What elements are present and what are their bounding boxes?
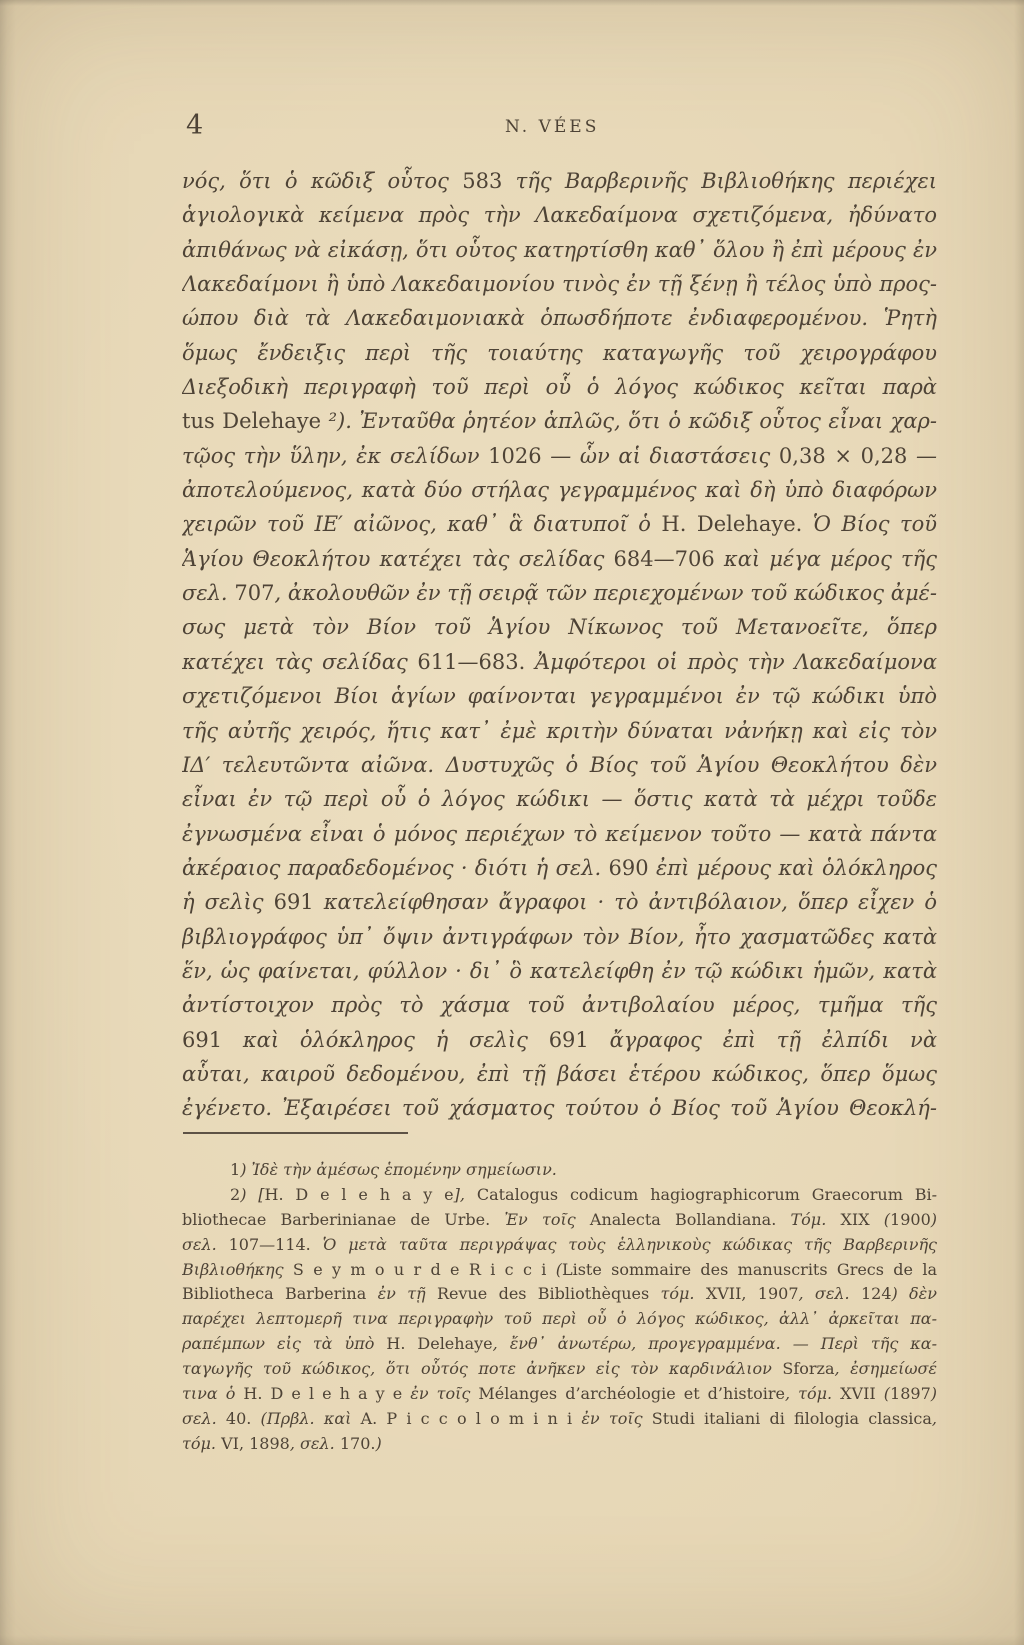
latin-text: 706 — [675, 547, 715, 571]
footnote-rule — [183, 1132, 408, 1134]
text-line: bliothecae Barberinianae de Urbe. Ἐν τοῖ… — [182, 1208, 937, 1233]
text-line: σελ. 40. (Πρβλ. καὶ A. P i c c o l o m i… — [182, 1407, 937, 1432]
latin-text: H. Delehaye — [386, 1334, 492, 1353]
text-line: ταγωγῆς τοῦ κώδικος, ὅτι οὗτός ποτε ἀνῆκ… — [182, 1357, 937, 1382]
latin-text: 1900 — [890, 1210, 931, 1229]
text-line: ώπου διὰ τὰ Λακεδαιμονιακὰ ὁπωσδήποτε ἐν… — [182, 301, 937, 335]
text-line: παρέχει λεπτομερῆ τινα περιγραφὴν τοῦ πε… — [182, 1307, 937, 1332]
latin-text: 684 — [614, 547, 654, 571]
text-line: ἐγένετο. Ἐξαιρέσει τοῦ χάσματος τούτου ὁ… — [182, 1091, 937, 1125]
text-line: 691 καὶ ὁλόκληρος ἡ σελὶς 691 ἄγραφος ἐπ… — [182, 1023, 937, 1057]
page-number: 4 — [186, 110, 203, 141]
latin-text: Mélanges d’archéologie et d’histoire — [478, 1384, 785, 1403]
latin-text: 1 — [230, 1160, 240, 1179]
latin-text: H. Delehaye. — [661, 512, 802, 536]
latin-text: Sforza — [782, 1359, 834, 1378]
text-line: χειρῶν τοῦ ΙΕ′ αἰῶνος, καθ᾽ ἃ διατυποῖ ὁ… — [182, 507, 937, 541]
text-line: ΙΔ′ τελευτῶντα αἰῶνα. Δυστυχῶς ὁ Βίος το… — [182, 748, 937, 782]
text-line: 1) Ἰδὲ τὴν ἀμέσως ἑπομένην σημείωσιν. — [182, 1158, 937, 1183]
latin-text: H. D e l e h a y e — [265, 1185, 454, 1204]
latin-text: 1897 — [890, 1384, 931, 1403]
latin-text: 691 — [182, 1028, 222, 1052]
latin-text: Studi italiani di filologia classica — [652, 1409, 932, 1428]
latin-text: Liste sommaire des manuscrits Grecs de l… — [562, 1260, 937, 1279]
text-line: Λακεδαίμονι ἢ ὑπὸ Λακεδαιμονίου τινὸς ἐν… — [182, 267, 937, 301]
latin-text: Bibliotheca Barberina — [182, 1284, 366, 1303]
latin-text: 0,28 — [861, 444, 908, 468]
latin-text: 611 — [417, 650, 457, 674]
latin-text: 2 — [230, 1185, 240, 1204]
latin-text: S e y m o u r d e R i c c i — [293, 1260, 546, 1279]
text-line: ἀντίστοιχον πρὸς τὸ χάσμα τοῦ ἀντιβολαίο… — [182, 988, 937, 1022]
latin-text: 114. — [275, 1235, 311, 1254]
footnotes: 1) Ἰδὲ τὴν ἀμέσως ἑπομένην σημείωσιν.2) … — [182, 1158, 937, 1457]
latin-text: 707 — [234, 581, 274, 605]
text-line: ἁγιολογικὰ κείμενα πρὸς τὴν Λακεδαίμονα … — [182, 198, 937, 232]
text-line: Bibliotheca Barberina ἐν τῇ Revue des Bi… — [182, 1282, 937, 1307]
latin-text: A. P i c c o l o m i n i — [361, 1409, 573, 1428]
latin-text: tus Delehaye — [182, 409, 321, 433]
latin-text: Revue des Bibliothèques — [437, 1284, 649, 1303]
text-line: ραπέμπων εἰς τὰ ὑπὸ H. Delehaye, ἔνθ᾽ ἀν… — [182, 1332, 937, 1357]
latin-text: 107 — [229, 1235, 260, 1254]
scanned-page: 4 N. VÉES νός, ὅτι ὁ κῶδιξ οὗτος 583 τῆς… — [0, 0, 1024, 1645]
latin-text: 583 — [462, 169, 502, 193]
text-line: tus Delehaye ²). Ἐνταῦθα ῥητέον ἁπλῶς, ὅ… — [182, 404, 937, 438]
text-line: ὅμως ἔνδειξις περὶ τῆς τοιαύτης καταγωγῆ… — [182, 336, 937, 370]
text-line: ἡ σελὶς 691 κατελείφθησαν ἄγραφοι · τὸ ἀ… — [182, 885, 937, 919]
text-line: ἀκέραιος παραδεδομένος · διότι ἡ σελ. 69… — [182, 851, 937, 885]
text-line: ἕν, ὡς φαίνεται, φύλλον · δι᾽ ὃ κατελείφ… — [182, 954, 937, 988]
latin-text: 691 — [274, 890, 314, 914]
text-line: τινα ὁ H. D e l e h a y e ἐν τοῖς Mélang… — [182, 1382, 937, 1407]
text-line: σχετιζόμενοι Βίοι ἁγίων φαίνονται γεγραμ… — [182, 679, 937, 713]
text-line: βιβλιογράφος ὑπ᾽ ὄψιν ἀντιγράφων τὸν Βίο… — [182, 920, 937, 954]
latin-text: bliothecae Barberinianae de Urbe. — [182, 1210, 490, 1229]
latin-text: XVII — [840, 1384, 876, 1403]
text-line: Ἁγίου Θεοκλήτου κατέχει τὰς σελίδας 684—… — [182, 542, 937, 576]
text-line: 2) [H. D e l e h a y e], Catalogus codic… — [182, 1183, 937, 1208]
text-line: σως μετὰ τὸν Βίον τοῦ Ἁγίου Νίκωνος τοῦ … — [182, 610, 937, 644]
text-line: ἀποτελούμενος, κατὰ δύο στήλας γεγραμμέν… — [182, 473, 937, 507]
text-line: ἐγνωσμένα εἶναι ὁ μόνος περιέχων τὸ κείμ… — [182, 817, 937, 851]
text-line: νός, ὅτι ὁ κῶδιξ οὗτος 583 τῆς Βαρβερινῆ… — [182, 164, 937, 198]
text-line: Βιβλιοθήκης S e y m o u r d e R i c c i … — [182, 1258, 937, 1283]
text-line: ἀπιθάνως νὰ εἰκάσῃ, ὅτι οὗτος κατηρτίσθη… — [182, 233, 937, 267]
body-text: νός, ὅτι ὁ κῶδιξ οὗτος 583 τῆς Βαρβερινῆ… — [182, 164, 937, 1126]
latin-text: 0,38 — [779, 444, 826, 468]
text-line: τῷος τὴν ὕλην, ἐκ σελίδων 1026 — ὧν αἱ δ… — [182, 439, 937, 473]
latin-text: 691 — [549, 1028, 589, 1052]
text-line: κατέχει τὰς σελίδας 611—683. Ἀμφότεροι ο… — [182, 645, 937, 679]
latin-text: XIX — [840, 1210, 869, 1229]
latin-text: 683. — [479, 650, 526, 674]
latin-text: 170. — [340, 1434, 376, 1453]
latin-text: 690 — [609, 856, 649, 880]
latin-text: 124 — [861, 1284, 892, 1303]
latin-text: 1026 — [488, 444, 541, 468]
text-line: Διεξοδικὴ περιγραφὴ τοῦ περὶ οὗ ὁ λόγος … — [182, 370, 937, 404]
latin-text: H. D e l e h a y e — [243, 1384, 402, 1403]
text-line: σελ. 707, ἀκολουθῶν ἐν τῇ σειρᾷ τῶν περι… — [182, 576, 937, 610]
running-head: N. VÉES — [505, 117, 599, 137]
text-line: αὗται, καιροῦ δεδομένου, ἐπὶ τῇ βάσει ἑτ… — [182, 1057, 937, 1091]
text-line: σελ. 107—114. Ὁ μετὰ ταῦτα περιγράψας το… — [182, 1233, 937, 1258]
latin-text: Analecta Bollandiana. — [590, 1210, 776, 1229]
text-line: εἶναι ἐν τῷ περὶ οὗ ὁ λόγος κώδικι — ὅστ… — [182, 782, 937, 816]
latin-text: Catalogus codicum hagiographicorum Graec… — [477, 1185, 932, 1204]
text-line: τῆς αὐτῆς χειρός, ἥτις κατ᾽ ἐμὲ κριτὴν δ… — [182, 714, 937, 748]
text-line: τόμ. VI, 1898, σελ. 170.) — [182, 1432, 937, 1457]
latin-text: 40. — [226, 1409, 251, 1428]
latin-text: VI, 1898 — [221, 1434, 290, 1453]
latin-text: XVII, 1907 — [706, 1284, 799, 1303]
